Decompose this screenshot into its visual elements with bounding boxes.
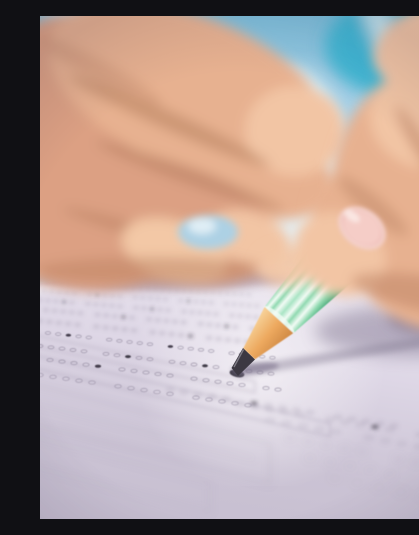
vignette-overlay — [40, 16, 419, 519]
photo-canvas — [40, 16, 419, 519]
exam-photo — [40, 16, 419, 519]
